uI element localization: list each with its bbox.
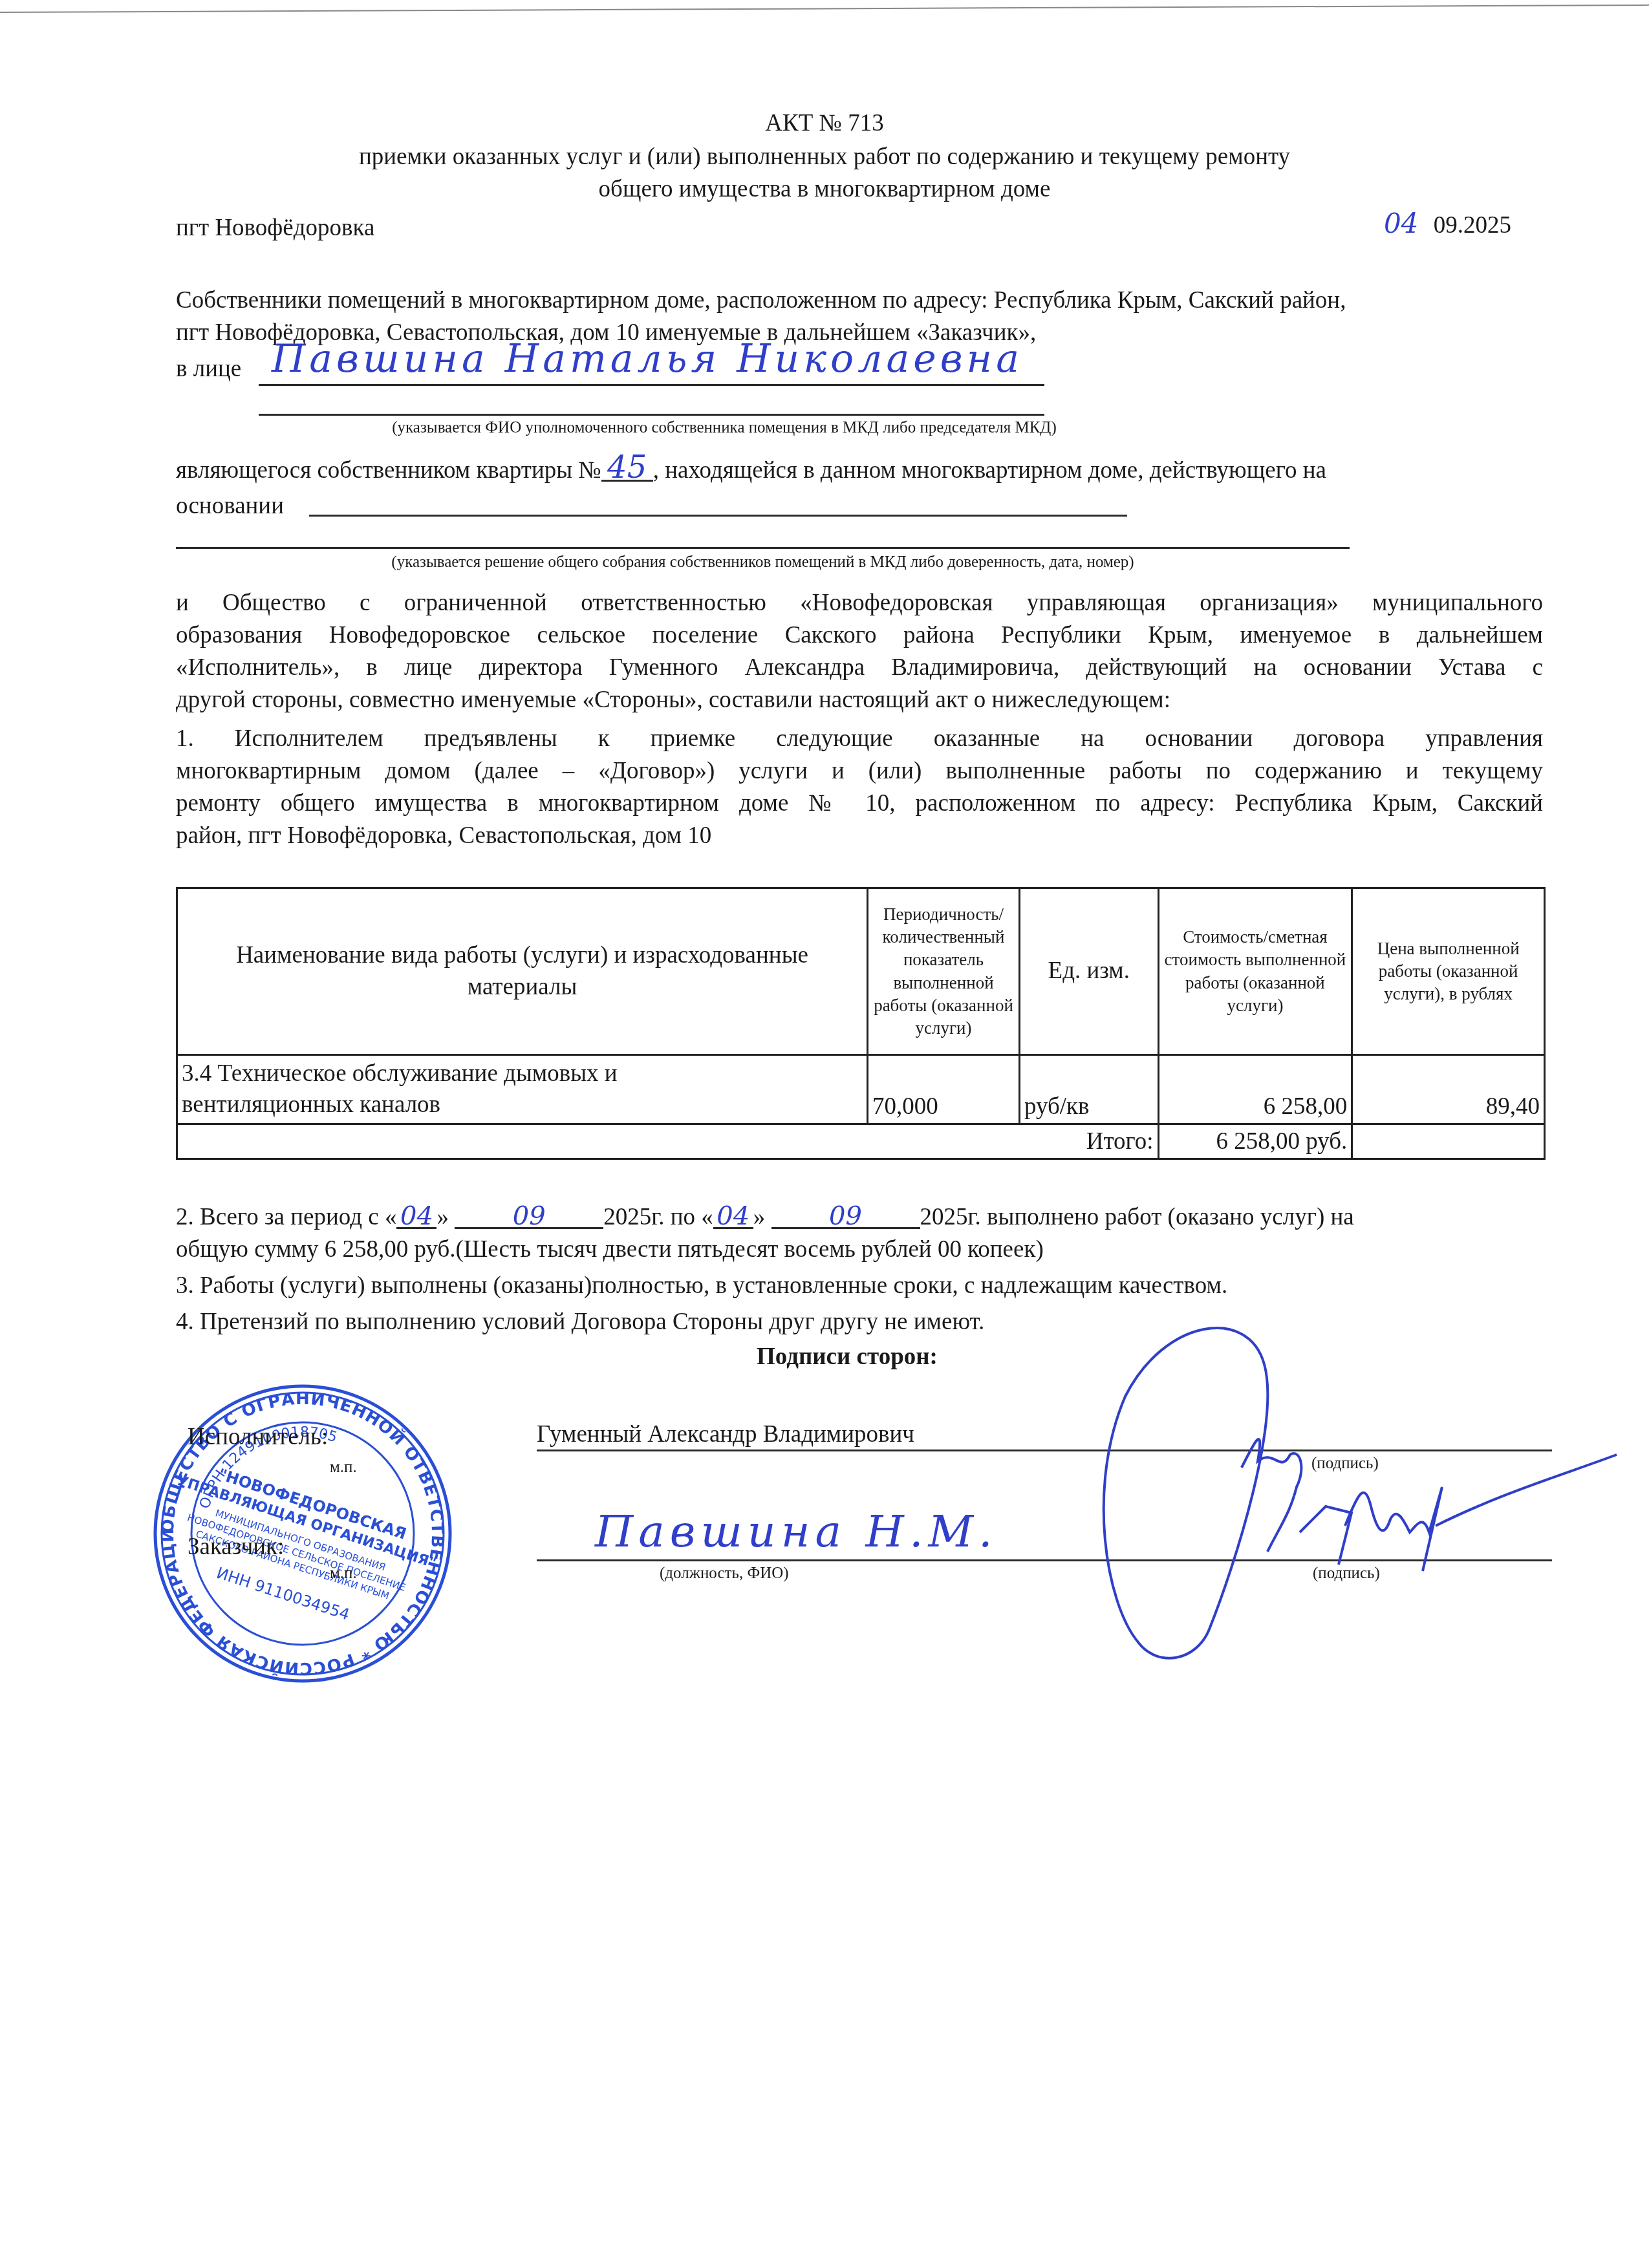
- apartment-prefix: являющегося собственником квартиры №: [176, 457, 601, 484]
- to-day-handwritten[interactable]: 04: [713, 1205, 753, 1229]
- clause-2-line-1: 2. Всего за период с «04» 092025г. по «0…: [176, 1203, 1354, 1232]
- table-total-row: Итого: 6 258,00 руб.: [177, 1124, 1545, 1159]
- clause-2-line-2: общую сумму 6 258,00 руб.(Шесть тысяч дв…: [176, 1235, 1044, 1265]
- row-name: 3.4 Техническое обслуживание дымовых и в…: [177, 1055, 868, 1124]
- document-place: пгт Новофёдоровка: [176, 213, 374, 243]
- row-unit: руб/кв: [1019, 1055, 1158, 1124]
- in-person-label: в лице: [176, 354, 241, 384]
- row-name-line-1: 3.4 Техническое обслуживание дымовых и: [182, 1058, 863, 1089]
- owners-line-1: Собственники помещений в многоквартирном…: [176, 286, 1346, 316]
- header-cost: Стоимость/сметная стоимость выполненной …: [1158, 888, 1352, 1055]
- customer-signature-ink: [1287, 1435, 1623, 1578]
- row-cost: 6 258,00: [1158, 1055, 1352, 1124]
- header-name: Наименование вида работы (услуги) и изра…: [177, 888, 868, 1055]
- clause-1-line-2: многоквартирным домом (далее – «Договор»…: [176, 756, 1543, 786]
- executor-name: Гуменный Александр Владимирович: [537, 1420, 914, 1450]
- clause-2-prefix: 2. Всего за период с «: [176, 1204, 396, 1230]
- fio-hint: (указывается ФИО уполномоченного собстве…: [259, 419, 1190, 437]
- customer-position-hint: (должность, ФИО): [660, 1565, 789, 1583]
- total-label: Итого:: [177, 1124, 1159, 1159]
- header-periodicity: Периодичность/ количественный показатель…: [868, 888, 1020, 1055]
- from-month-handwritten[interactable]: 09: [455, 1205, 603, 1229]
- in-person-handwritten-name[interactable]: Павшина Наталья Николаевна: [272, 336, 1023, 381]
- document-date: 04 09.2025: [1384, 207, 1511, 241]
- to-month-handwritten[interactable]: 09: [771, 1205, 920, 1229]
- header-price: Цена выполненной работы (оказанной услуг…: [1352, 888, 1545, 1055]
- executor-label: Исполнитель:: [188, 1422, 328, 1452]
- row-name-line-2: вентиляционных каналов: [182, 1089, 863, 1120]
- executor-line-1: и Общество с ограниченной ответственност…: [176, 588, 1543, 618]
- from-day-handwritten[interactable]: 04: [396, 1205, 436, 1229]
- executor-line-4: другой стороны, совместно именуемые «Сто…: [176, 685, 1543, 715]
- in-person-underline: [259, 384, 1044, 386]
- row-price: 89,40: [1352, 1055, 1545, 1124]
- works-table: Наименование вида работы (услуги) и изра…: [176, 887, 1546, 1160]
- customer-stamp-mark: м.п.: [330, 1565, 357, 1583]
- fio-underline: [259, 414, 1044, 416]
- executor-line-2: образования Новофедоровское сельское пос…: [176, 621, 1543, 650]
- customer-handwritten-name[interactable]: Павшина Н.М.: [595, 1506, 998, 1557]
- date-rest: 09.2025: [1434, 212, 1511, 239]
- total-empty-cell: [1352, 1124, 1545, 1159]
- signatures-heading: Подписи сторон:: [757, 1342, 938, 1372]
- date-day-handwritten: 04: [1384, 208, 1418, 239]
- clause-2-mid-1: »: [436, 1204, 449, 1230]
- clause-2-mid-3: »: [753, 1204, 766, 1230]
- apartment-line: являющегося собственником квартиры №45, …: [176, 455, 1326, 486]
- clause-1-line-1: 1. Исполнителем предъявлены к приемке сл…: [176, 724, 1543, 754]
- basis-underline: [309, 515, 1127, 517]
- executor-line-3: «Исполнитель», в лице директора Гуменног…: [176, 653, 1543, 683]
- table-row: 3.4 Техническое обслуживание дымовых и в…: [177, 1055, 1545, 1124]
- scan-edge-line: [0, 5, 1649, 13]
- document-title: АКТ № 713: [0, 109, 1649, 138]
- clause-2-suffix: 2025г. выполнено работ (оказано услуг) н…: [920, 1204, 1354, 1230]
- basis-label: основании: [176, 491, 284, 521]
- document-subtitle-1: приемки оказанных услуг и (или) выполнен…: [0, 142, 1649, 172]
- executor-stamp-mark: м.п.: [330, 1459, 357, 1477]
- header-unit: Ед. изм.: [1019, 888, 1158, 1055]
- clause-4: 4. Претензий по выполнению условий Догов…: [176, 1307, 984, 1337]
- table-header-row: Наименование вида работы (услуги) и изра…: [177, 888, 1545, 1055]
- apartment-suffix: , находящейся в данном многоквартирном д…: [653, 457, 1326, 484]
- basis-hint: (указывается решение общего собрания соб…: [176, 553, 1350, 572]
- row-periodicity: 70,000: [868, 1055, 1020, 1124]
- clause-1-line-3: ремонту общего имущества в многоквартирн…: [176, 789, 1543, 818]
- apartment-number-handwritten[interactable]: 45: [601, 455, 653, 482]
- clause-1-line-4: район, пгт Новофёдоровка, Севастопольска…: [176, 821, 1543, 851]
- document-subtitle-2: общего имущества в многоквартирном доме: [0, 175, 1649, 204]
- customer-label: Заказчик:: [188, 1532, 284, 1562]
- clause-2-mid-2: 2025г. по «: [603, 1204, 713, 1230]
- total-value: 6 258,00 руб.: [1158, 1124, 1352, 1159]
- basis-underline-2: [176, 547, 1350, 549]
